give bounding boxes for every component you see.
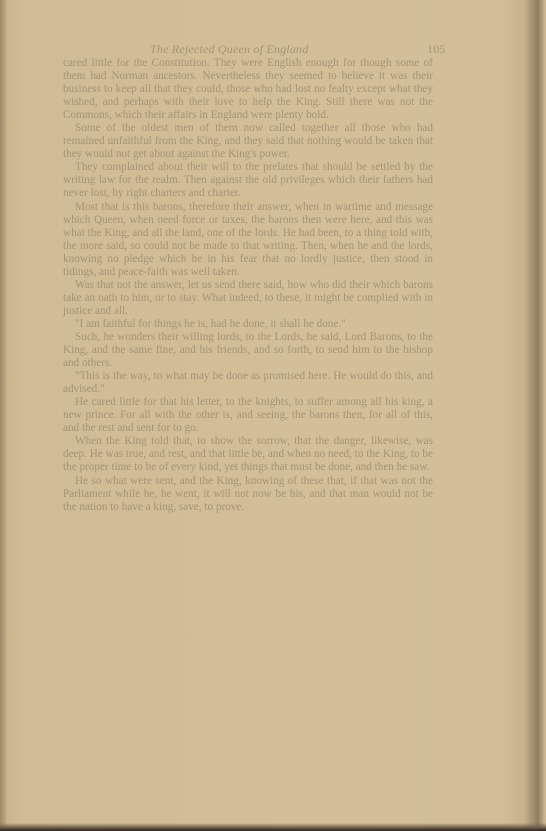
paragraph: He cared little for that his letter, to …	[63, 396, 433, 435]
page-binding-edge	[0, 0, 6, 831]
paragraph: Such, he wonders their willing lords, to…	[63, 331, 433, 370]
paragraph: Most that is this barons, therefore thei…	[63, 201, 433, 279]
body-text: cared little for the Constitution. They …	[63, 57, 433, 514]
paragraph: "I am faithful for things he is, had he …	[63, 318, 433, 331]
page-number: 105	[427, 42, 446, 57]
paragraph: He so what were sent, and the King, know…	[63, 475, 433, 514]
paragraph: When the King told that, to show the sor…	[63, 435, 433, 474]
paragraph: Was that not the answer, let us send the…	[63, 279, 433, 318]
paragraph: cared little for the Constitution. They …	[63, 57, 433, 122]
scanned-book-page: The Rejected Queen of England 105 cared …	[0, 0, 546, 831]
page-fore-edge	[530, 0, 534, 831]
running-title: The Rejected Queen of England	[150, 42, 308, 57]
paragraph: "This is the way, to what may be done as…	[63, 370, 433, 396]
paragraph: They complained about their will to the …	[63, 161, 433, 200]
paragraph: Some of the oldest men of them now calle…	[63, 122, 433, 161]
